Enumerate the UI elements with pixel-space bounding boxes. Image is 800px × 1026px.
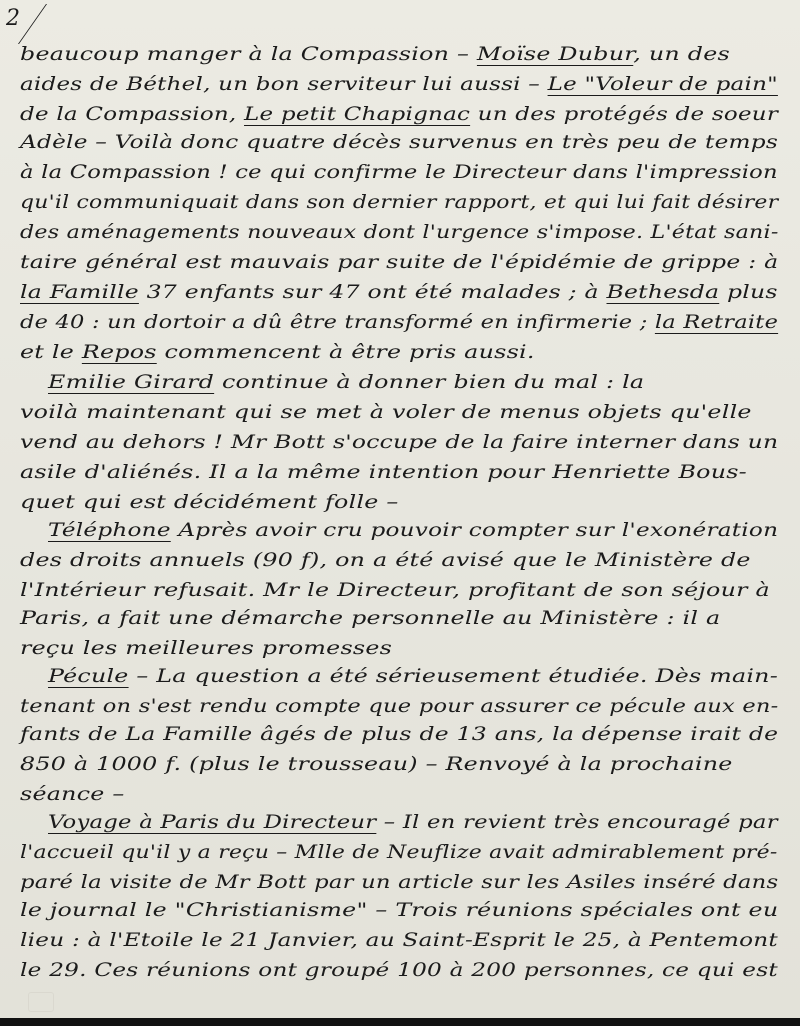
line-text: des droits annuels (90 f), on a été avis…	[20, 549, 751, 571]
line-text: – Il en revient très encouragé par	[376, 811, 777, 833]
manuscript-line: de 40 : un dortoir a dû être transformé …	[20, 310, 778, 334]
line-text: Adèle – Voilà donc quatre décès survenus…	[20, 131, 778, 153]
line-text: taire général est mauvais par suite de l…	[20, 251, 778, 273]
manuscript-line: l'Intérieur refusait. Mr le Directeur, p…	[20, 578, 770, 602]
underlined-heading: Pécule	[48, 665, 129, 687]
manuscript-line: voilà maintenant qui se met à voler de m…	[20, 400, 752, 424]
line-text: aides de Béthel, un bon serviteur lui au…	[20, 73, 548, 95]
underlined-heading: la Retraite	[655, 311, 778, 333]
underlined-heading: Voyage à Paris du Directeur	[48, 811, 376, 833]
underlined-heading: Emilie Girard	[48, 371, 214, 393]
manuscript-page: 2 beaucoup manger à la Compassion – Moïs…	[0, 0, 800, 1018]
manuscript-line: aides de Béthel, un bon serviteur lui au…	[20, 72, 778, 96]
page-number: 2	[6, 6, 20, 31]
underlined-heading: Téléphone	[48, 519, 171, 541]
line-text: 850 à 1000 f. (plus le trousseau) – Renv…	[20, 753, 733, 775]
manuscript-line: de la Compassion, Le petit Chapignac un …	[20, 102, 778, 126]
manuscript-line: la Famille 37 enfants sur 47 ont été mal…	[20, 280, 778, 304]
manuscript-line: des aménagements nouveaux dont l'urgence…	[20, 220, 779, 244]
line-text: vend au dehors ! Mr Bott s'occupe de la …	[20, 431, 778, 453]
faded-stamp-mark	[28, 992, 54, 1012]
manuscript-line: le 29. Ces réunions ont groupé 100 à 200…	[20, 958, 778, 982]
line-text: des aménagements nouveaux dont l'urgence…	[20, 221, 779, 243]
line-text: continue à donner bien du mal : la	[214, 371, 644, 393]
manuscript-line: vend au dehors ! Mr Bott s'occupe de la …	[20, 430, 778, 454]
manuscript-line: beaucoup manger à la Compassion – Moïse …	[20, 42, 730, 66]
line-text: commencent à être pris aussi.	[157, 341, 535, 363]
manuscript-line: paré la visite de Mr Bott par un article…	[20, 870, 778, 894]
line-text: asile d'aliénés. Il a la même intention …	[20, 461, 747, 483]
manuscript-line: fants de La Famille âgés de plus de 13 a…	[20, 722, 778, 746]
manuscript-line: quet qui est décidément folle –	[20, 490, 399, 514]
manuscript-line: l'accueil qu'il y a reçu – Mlle de Neufl…	[20, 840, 777, 864]
line-text: l'accueil qu'il y a reçu – Mlle de Neufl…	[20, 841, 777, 863]
line-text: Après avoir cru pouvoir compter sur l'ex…	[171, 519, 778, 541]
line-text: , un des	[633, 43, 730, 65]
manuscript-line: et le Repos commencent à être pris aussi…	[20, 340, 535, 364]
manuscript-line: séance –	[20, 782, 124, 806]
manuscript-line: tenant on s'est rendu compte que pour as…	[20, 694, 779, 718]
line-text: Paris, a fait une démarche personnelle a…	[20, 607, 720, 629]
manuscript-line: à la Compassion ! ce qui confirme le Dir…	[20, 160, 778, 184]
manuscript-line: lieu : à l'Etoile le 21 Janvier, au Sain…	[20, 928, 778, 952]
manuscript-line: Paris, a fait une démarche personnelle a…	[20, 606, 720, 630]
line-text: plus	[719, 281, 777, 303]
underlined-heading: la Famille	[20, 281, 139, 303]
line-text: lieu : à l'Etoile le 21 Janvier, au Sain…	[20, 929, 778, 951]
line-text: voilà maintenant qui se met à voler de m…	[20, 401, 752, 423]
underlined-heading: Moïse Dubur	[477, 43, 633, 65]
underlined-heading: Bethesda	[607, 281, 720, 303]
line-text: et le	[20, 341, 82, 363]
manuscript-line: qu'il communiquait dans son dernier rapp…	[20, 190, 778, 214]
manuscript-line: Téléphone Après avoir cru pouvoir compte…	[48, 518, 778, 542]
line-text: tenant on s'est rendu compte que pour as…	[20, 695, 779, 717]
manuscript-line: asile d'aliénés. Il a la même intention …	[20, 460, 747, 484]
line-text: de 40 : un dortoir a dû être transformé …	[20, 311, 655, 333]
line-text: qu'il communiquait dans son dernier rapp…	[20, 191, 778, 213]
manuscript-line: Emilie Girard continue à donner bien du …	[48, 370, 644, 394]
manuscript-line: Adèle – Voilà donc quatre décès survenus…	[20, 130, 778, 154]
line-text: séance –	[20, 783, 124, 805]
line-text: un des protégés de soeur	[470, 103, 778, 125]
line-text: l'Intérieur refusait. Mr le Directeur, p…	[20, 579, 770, 601]
manuscript-line: 850 à 1000 f. (plus le trousseau) – Renv…	[20, 752, 733, 776]
manuscript-line: des droits annuels (90 f), on a été avis…	[20, 548, 751, 572]
underlined-heading: Repos	[82, 341, 157, 363]
manuscript-line: taire général est mauvais par suite de l…	[20, 250, 778, 274]
line-text: – La question a été sérieusement étudiée…	[129, 665, 778, 687]
line-text: quet qui est décidément folle –	[20, 491, 399, 513]
manuscript-line: Voyage à Paris du Directeur – Il en revi…	[48, 810, 778, 834]
line-text: beaucoup manger à la Compassion –	[20, 43, 477, 65]
line-text: paré la visite de Mr Bott par un article…	[20, 871, 778, 893]
line-text: à la Compassion ! ce qui confirme le Dir…	[20, 161, 778, 183]
line-text: reçu les meilleures promesses	[20, 637, 392, 659]
manuscript-line: Pécule – La question a été sérieusement …	[48, 664, 778, 688]
manuscript-line: reçu les meilleures promesses	[20, 636, 392, 660]
line-text: 37 enfants sur 47 ont été malades ; à	[139, 281, 607, 303]
line-text: fants de La Famille âgés de plus de 13 a…	[20, 723, 778, 745]
scan-bottom-edge	[0, 1018, 800, 1026]
line-text: le journal le "Christianisme" – Trois ré…	[20, 899, 778, 921]
underlined-heading: Le "Voleur de pain"	[548, 73, 778, 95]
line-text: le 29. Ces réunions ont groupé 100 à 200…	[20, 959, 778, 981]
manuscript-line: le journal le "Christianisme" – Trois ré…	[20, 898, 778, 922]
underlined-heading: Le petit Chapignac	[244, 103, 470, 125]
line-text: de la Compassion,	[20, 103, 244, 125]
